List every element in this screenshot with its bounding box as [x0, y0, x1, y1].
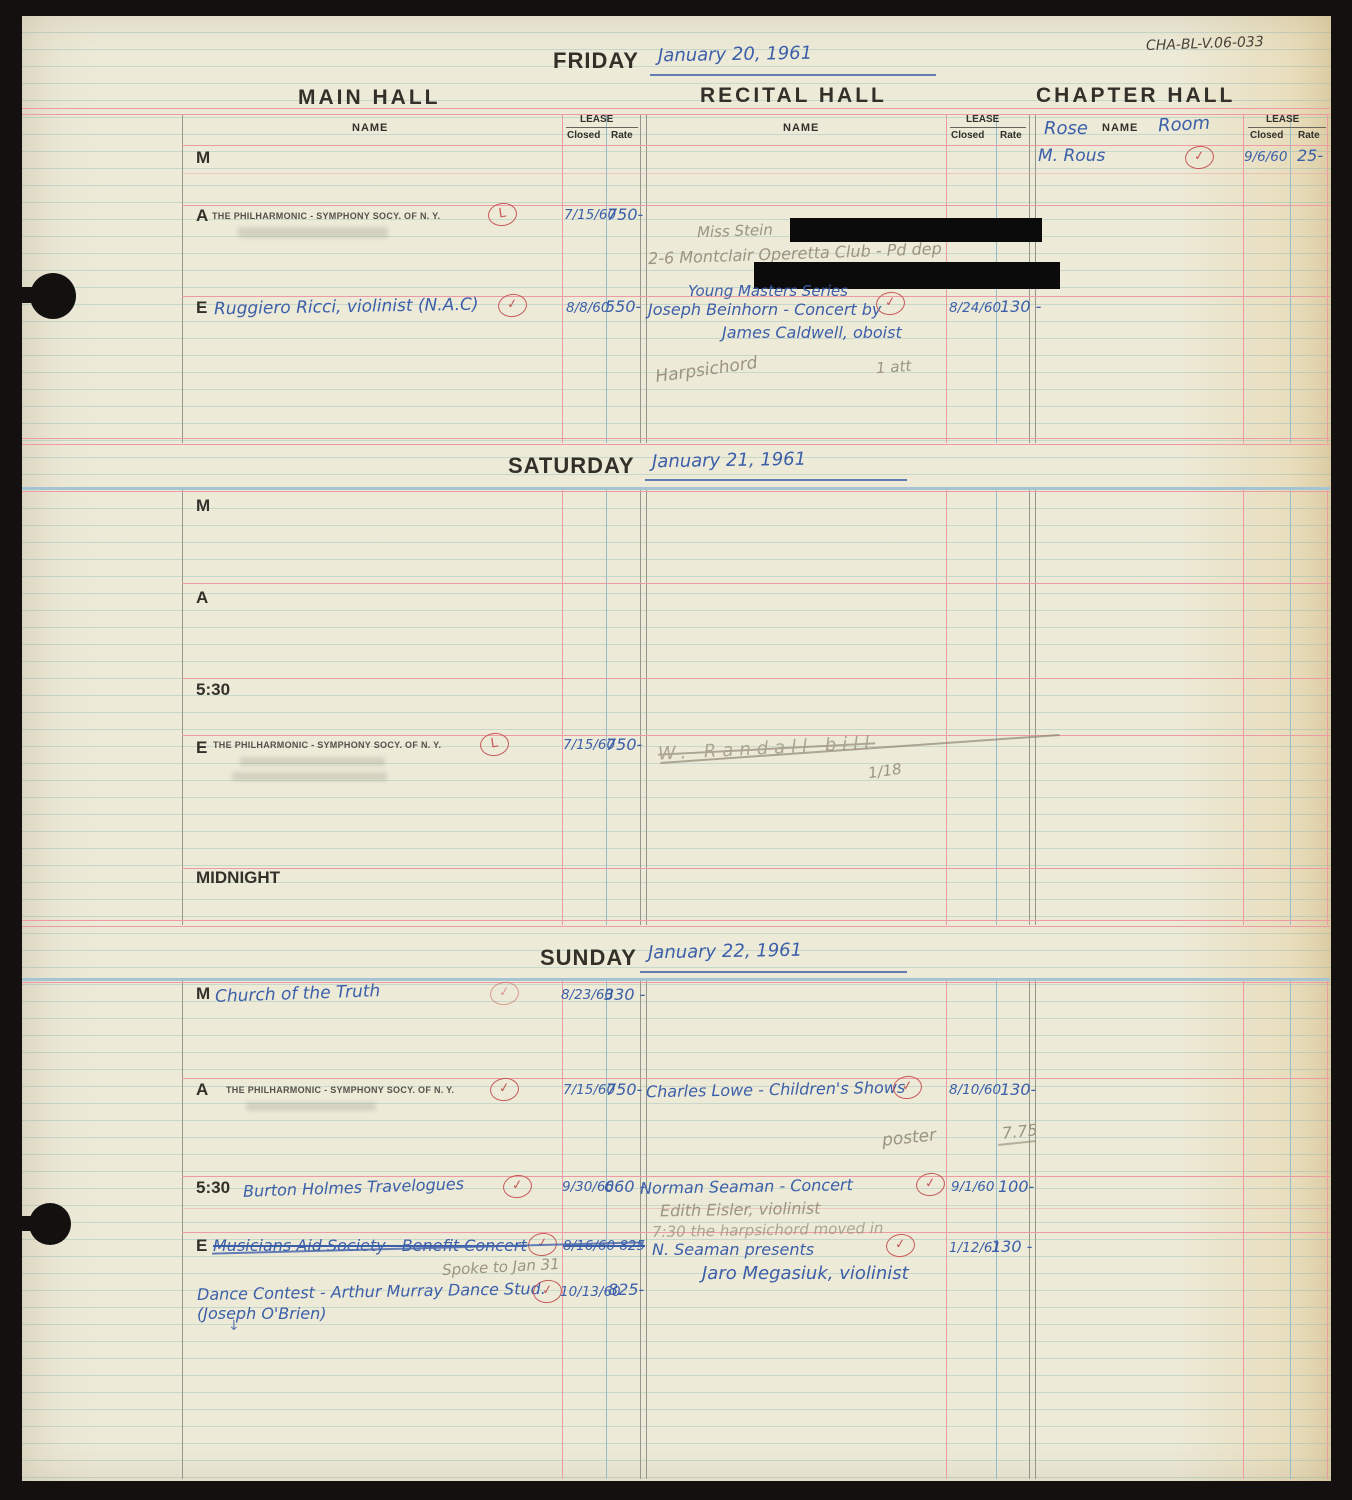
- ink-smudge: [232, 772, 387, 781]
- sunday-row-label-a: A: [196, 1080, 208, 1100]
- friday-recital-e-line2: James Caldwell, oboist: [722, 323, 902, 342]
- grid-line: [646, 979, 647, 1479]
- grid-line: [182, 145, 1330, 146]
- saturday-row-label-midnight: MIDNIGHT: [196, 868, 280, 888]
- grid-line: [182, 1078, 1330, 1079]
- grid-line: [182, 979, 183, 1479]
- friday-recital-e-line1: Joseph Beinhorn - Concert by: [648, 300, 881, 319]
- philharmonic-stamp: THE PHILHARMONIC - SYMPHONY SOCY. OF N. …: [212, 211, 440, 221]
- grid-line: [1290, 979, 1291, 1479]
- friday-recital-pencil-name: Miss Stein: [697, 221, 773, 242]
- main-closed-header: Closed: [567, 130, 600, 141]
- sunday-main-a-rate: 750-: [606, 1080, 642, 1099]
- grid-line: [22, 114, 1330, 115]
- recital-name-header: NAME: [783, 122, 819, 134]
- grid-line: [182, 583, 1330, 584]
- grid-line: [22, 438, 1330, 439]
- grid-line: [996, 979, 997, 1479]
- philharmonic-stamp: THE PHILHARMONIC - SYMPHONY SOCY. OF N. …: [226, 1085, 454, 1095]
- friday-row-label-a: A: [196, 206, 208, 226]
- grid-line: [640, 114, 641, 443]
- friday-day-label: FRIDAY: [553, 48, 639, 74]
- grid-line: [1327, 488, 1328, 925]
- chapter-lease-header: LEASE: [1266, 114, 1299, 125]
- redaction-bar: [790, 218, 1042, 242]
- grid-line: [1327, 979, 1328, 1479]
- sunday-recital-e-line2: Jaro Megasiuk, violinist: [702, 1263, 909, 1284]
- grid-line: [1029, 979, 1030, 1479]
- grid-line: [22, 982, 1330, 983]
- grid-line: [606, 114, 607, 443]
- grid-line: [182, 735, 1330, 736]
- grid-line: [606, 488, 607, 925]
- sunday-main-e-cancelled-dates: 8/16/60 825: [563, 1238, 645, 1254]
- grid-line: [646, 114, 647, 443]
- ink-smudge: [238, 227, 388, 238]
- sunday-main-e-rate: 825-: [608, 1280, 644, 1299]
- grid-line: [182, 488, 183, 925]
- grid-line: [1243, 488, 1244, 925]
- friday-date: January 20, 1961: [658, 43, 812, 67]
- sunday-main-m-rate: 330 -: [604, 985, 645, 1004]
- saturday-date-underline: [645, 479, 907, 481]
- grid-line: [182, 114, 183, 443]
- grid-line: [1243, 979, 1244, 1479]
- sunday-row-label-e: E: [196, 1236, 207, 1256]
- sunday-pencil-eisler: Edith Eisler, violinist: [660, 1199, 821, 1221]
- chapter-closed-header: Closed: [1250, 130, 1283, 141]
- sunday-recital-a-closed: 8/10/60: [949, 1082, 1001, 1098]
- main-lease-header: LEASE: [580, 114, 613, 125]
- saturday-row-label-530: 5:30: [196, 680, 230, 700]
- grid-line: [562, 114, 563, 443]
- grid-line: [1035, 488, 1036, 925]
- grid-line: [22, 491, 1330, 492]
- chapter-hall-title: CHAPTER HALL: [1036, 84, 1235, 108]
- saturday-main-e-rate: 750-: [606, 735, 642, 754]
- grid-line: [1327, 114, 1328, 443]
- chapter-rate-header: Rate: [1298, 130, 1320, 141]
- sunday-recital-a-rate: 130-: [1000, 1080, 1036, 1099]
- grid-line: [182, 205, 1330, 206]
- chapter-note-rose: Rose: [1044, 118, 1088, 139]
- lease-box-line: [566, 127, 638, 128]
- chapter-name-header: NAME: [1102, 122, 1138, 134]
- grid-line: [22, 487, 1330, 490]
- hole-punch-slot: [22, 287, 54, 303]
- saturday-row-label-m: M: [196, 496, 210, 516]
- saturday-row-label-e: E: [196, 738, 207, 758]
- grid-line: [22, 978, 1330, 981]
- grid-line: [606, 979, 607, 1479]
- grid-line: [996, 488, 997, 925]
- chapter-note-room: Room: [1157, 113, 1210, 137]
- grid-line: [22, 920, 1330, 921]
- recital-hall-title: RECITAL HALL: [700, 84, 887, 108]
- sunday-date-underline: [640, 971, 907, 973]
- sunday-day-label: SUNDAY: [540, 945, 637, 971]
- saturday-day-label: SATURDAY: [508, 453, 635, 479]
- grid-line: [22, 108, 1330, 109]
- friday-row-label-e: E: [196, 298, 207, 318]
- recital-lease-header: LEASE: [966, 114, 999, 125]
- friday-main-e-rate: 550-: [605, 297, 641, 316]
- grid-line: [182, 173, 1330, 174]
- sunday-main-e-name2: (Joseph O'Brien): [197, 1304, 327, 1323]
- grid-line: [946, 488, 947, 925]
- sunday-row-label-530: 5:30: [196, 1178, 230, 1198]
- recital-closed-header: Closed: [951, 130, 984, 141]
- friday-pencil-att: 1 att: [875, 357, 911, 377]
- friday-main-e-closed: 8/8/60: [566, 300, 609, 316]
- grid-line: [640, 979, 641, 1479]
- friday-chapter-m-closed: 9/6/60: [1244, 149, 1287, 165]
- lease-box-line: [1248, 127, 1326, 128]
- grid-line: [1035, 979, 1036, 1479]
- sunday-recital-e-rate: 130 -: [991, 1237, 1032, 1256]
- friday-chapter-m-name: M. Rous: [1038, 146, 1105, 166]
- friday-chapter-m-rate: 25-: [1297, 146, 1323, 165]
- grid-line: [182, 868, 1330, 869]
- friday-date-underline: [650, 74, 936, 76]
- lease-box-line: [950, 127, 1026, 128]
- grid-line: [22, 444, 1330, 445]
- ledger-scan: CHA-BL-V.06-033 FRIDAY January 20, 1961 …: [0, 0, 1352, 1500]
- hole-punch-slot: [22, 1216, 52, 1231]
- grid-line: [646, 488, 647, 925]
- grid-line: [1290, 488, 1291, 925]
- sunday-recital-e-line1: N. Seaman presents: [652, 1240, 814, 1259]
- friday-recital-e-series: Young Masters Series: [688, 282, 848, 300]
- friday-main-a-rate: 750-: [607, 205, 643, 224]
- grid-line: [562, 979, 563, 1479]
- grid-line: [640, 488, 641, 925]
- sunday-date: January 22, 1961: [648, 940, 802, 964]
- sunday-recital-530-name: Norman Seaman - Concert: [640, 1175, 853, 1198]
- grid-line: [1029, 488, 1030, 925]
- grid-line: [562, 488, 563, 925]
- philharmonic-stamp: THE PHILHARMONIC - SYMPHONY SOCY. OF N. …: [213, 740, 441, 750]
- grid-line: [946, 979, 947, 1479]
- grid-line: [182, 678, 1330, 679]
- friday-recital-e-closed: 8/24/60: [949, 300, 1001, 316]
- saturday-row-label-a: A: [196, 588, 208, 608]
- friday-row-label-m: M: [196, 148, 210, 168]
- ink-smudge: [240, 757, 385, 766]
- ink-smudge: [246, 1102, 376, 1111]
- saturday-date: January 21, 1961: [652, 449, 806, 473]
- main-rate-header: Rate: [611, 130, 633, 141]
- grid-line: [22, 926, 1330, 927]
- friday-recital-e-rate: 130 -: [1000, 297, 1041, 316]
- arrow-mark: ↓: [228, 1318, 240, 1334]
- main-name-header: NAME: [352, 122, 388, 134]
- sunday-recital-530-closed: 9/1/60: [951, 1179, 994, 1195]
- grid-line: [1290, 114, 1291, 443]
- sunday-recital-530-rate: 100-: [998, 1177, 1034, 1196]
- main-hall-title: MAIN HALL: [298, 86, 440, 110]
- recital-rate-header: Rate: [1000, 130, 1022, 141]
- sunday-row-label-m: M: [196, 984, 210, 1004]
